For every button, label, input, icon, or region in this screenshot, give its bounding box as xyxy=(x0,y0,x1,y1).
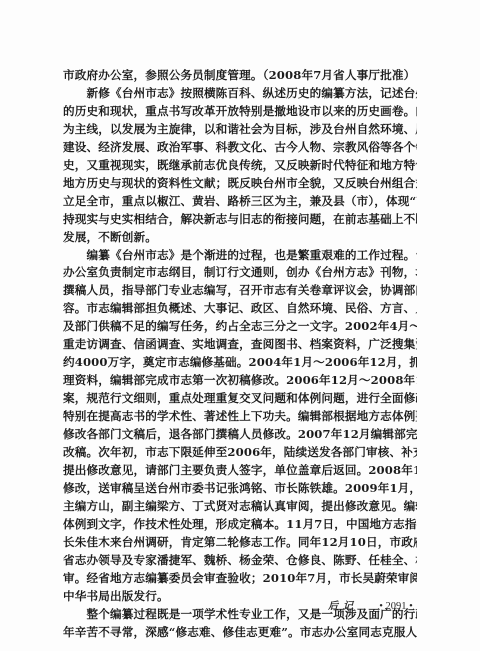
body-text: 市政府办公室，参照公务员制度管理。（2008年7月省人事厅批准） 新修《台州市志… xyxy=(63,67,417,642)
text-line: 体例到文字，作技术性处理，形成定稿本。11月7日，中国地方志指导小组常务副组 xyxy=(63,516,417,534)
text-line: 为主线，以发展为主旋律，以和谐社会为目标，涉及台州自然环境、历史沿革、城市 xyxy=(63,121,417,139)
paragraph-compilation-process: 编纂《台州市志》是个渐进的过程，也是繁重艰难的工作过程。台州市地方志 办公室负责… xyxy=(63,247,417,606)
text-line: 发展，不断创新。 xyxy=(63,229,417,247)
document-page: 市政府办公室，参照公务员制度管理。（2008年7月省人事厅批准） 新修《台州市志… xyxy=(0,0,480,651)
text-line: 约4000万字，奠定市志编修基础。2004年1月～2006年12月，抓好专业志稿… xyxy=(63,354,417,372)
text-line: 撰稿人员，指导部门专业志编写，召开市志有关卷章评议会，协调部门之间编写内 xyxy=(63,282,417,300)
text-line: 主编方山，副主编梁方、丁式贤对志稿认真审阅，提出修改意见。编辑部对全书从 xyxy=(63,498,417,516)
text-line: 办公室负责制定市志纲目，制订行文通则，创办《台州方志》刊物，培训150多名部门 xyxy=(63,264,417,282)
text-line: 建设、经济发展、政治军事、科教文化、古今人物、宗教风俗等各个领域。既尊重历 xyxy=(63,139,417,157)
text-line: 修改各部门文稿后，退各部门撰稿人员修改。2007年12月编辑部完成全志第三次修 xyxy=(63,426,417,444)
text-line: 立足全市，重点以椒江、黄岩、路桥三区为主，兼及县（市），体现“市管县体制”。坚 xyxy=(63,193,417,211)
text-line: 市政府办公室，参照公务员制度管理。（2008年7月省人事厅批准） xyxy=(63,67,417,85)
text-line: 及部门供稿不足的编写任务，约占全志三分之一文字。2002年4月～2004年1月，… xyxy=(63,318,417,336)
text-line: 新修《台州市志》按照横陈百科、纵述历史的编纂方法，记述台州的自然与社会 xyxy=(63,85,417,103)
running-section-title: 后记 xyxy=(328,601,358,612)
page-number: • 2091 • xyxy=(379,601,413,612)
page-footer: 后记 • 2091 • xyxy=(328,597,413,612)
text-line: 编纂《台州市志》是个渐进的过程，也是繁重艰难的工作过程。台州市地方志 xyxy=(63,247,417,265)
text-line: 的历史和现状，重点书写改革开放特别是撤地设市以来的历史画卷。内容以改革 xyxy=(63,103,417,121)
text-line: 改稿。次年初，市志下限延伸至2006年，陆续送发各部门审核、补充，要求认真负责 xyxy=(63,444,417,462)
text-line: 理资料，编辑部完成市志第一次初稿修改。2006年12月～2008年10月，制订总… xyxy=(63,372,417,390)
text-line: 重走访调查、信函调查、实地调查，查阅图书、档案资料，广泛搜集资料。搜集资料 xyxy=(63,336,417,354)
text-line: 特别在提高志书的学术性、著述性上下功夫。编辑部根据地方志体例要求，第二次 xyxy=(63,408,417,426)
text-line: 容。市志编辑部担负概述、大事记、政区、自然环境、民俗、方言、人物、丛录等，以 xyxy=(63,300,417,318)
paragraph-compilation-method: 新修《台州市志》按照横陈百科、纵述历史的编纂方法，记述台州的自然与社会 的历史和… xyxy=(63,85,417,247)
text-line: 年辛苦不寻常，深感“修志难、修佳志更难”。市志办公室同志克服人手少、任务重、 xyxy=(63,624,417,642)
text-line: 修改，送审稿呈送台州市委书记张鸿铭、市长陈铁雄。2009年1月，原《台州地区志》 xyxy=(63,480,417,498)
text-line: 省志办领导及专家潘捷军、魏桥、杨金荣、仓修良、陈野、任桂全、林树建等参与评 xyxy=(63,552,417,570)
text-line: 地方历史与现状的资料性文献；既反映台州市全貌，又反映台州组合式城市个性， xyxy=(63,175,417,193)
text-line: 案，规范行文细则，重点处理重复交叉问题和体例问题，进行全面修改和严格把关， xyxy=(63,390,417,408)
text-line: 审。经省地方志编纂委员会审查验收；2010年7月，市长吴蔚荣审阅后同意出版，由 xyxy=(63,570,417,588)
paragraph-continuation: 市政府办公室，参照公务员制度管理。（2008年7月省人事厅批准） xyxy=(63,67,417,85)
text-line: 史，又重视现实，既继承前志优良传统，又反映新时代特征和地方特色，是一部台州 xyxy=(63,157,417,175)
text-line: 持现实与史实相结合，解决新志与旧志的衔接问题，在前志基础上不断完善，不断 xyxy=(63,211,417,229)
text-line: 提出修改意见，请部门主要负责人签字，单位盖章后返回。2008年11月，完成第四次 xyxy=(63,462,417,480)
text-line: 长朱佳木来台州调研，肯定第二轮修志工作。同年12月10日，市政府召开评审会， xyxy=(63,534,417,552)
